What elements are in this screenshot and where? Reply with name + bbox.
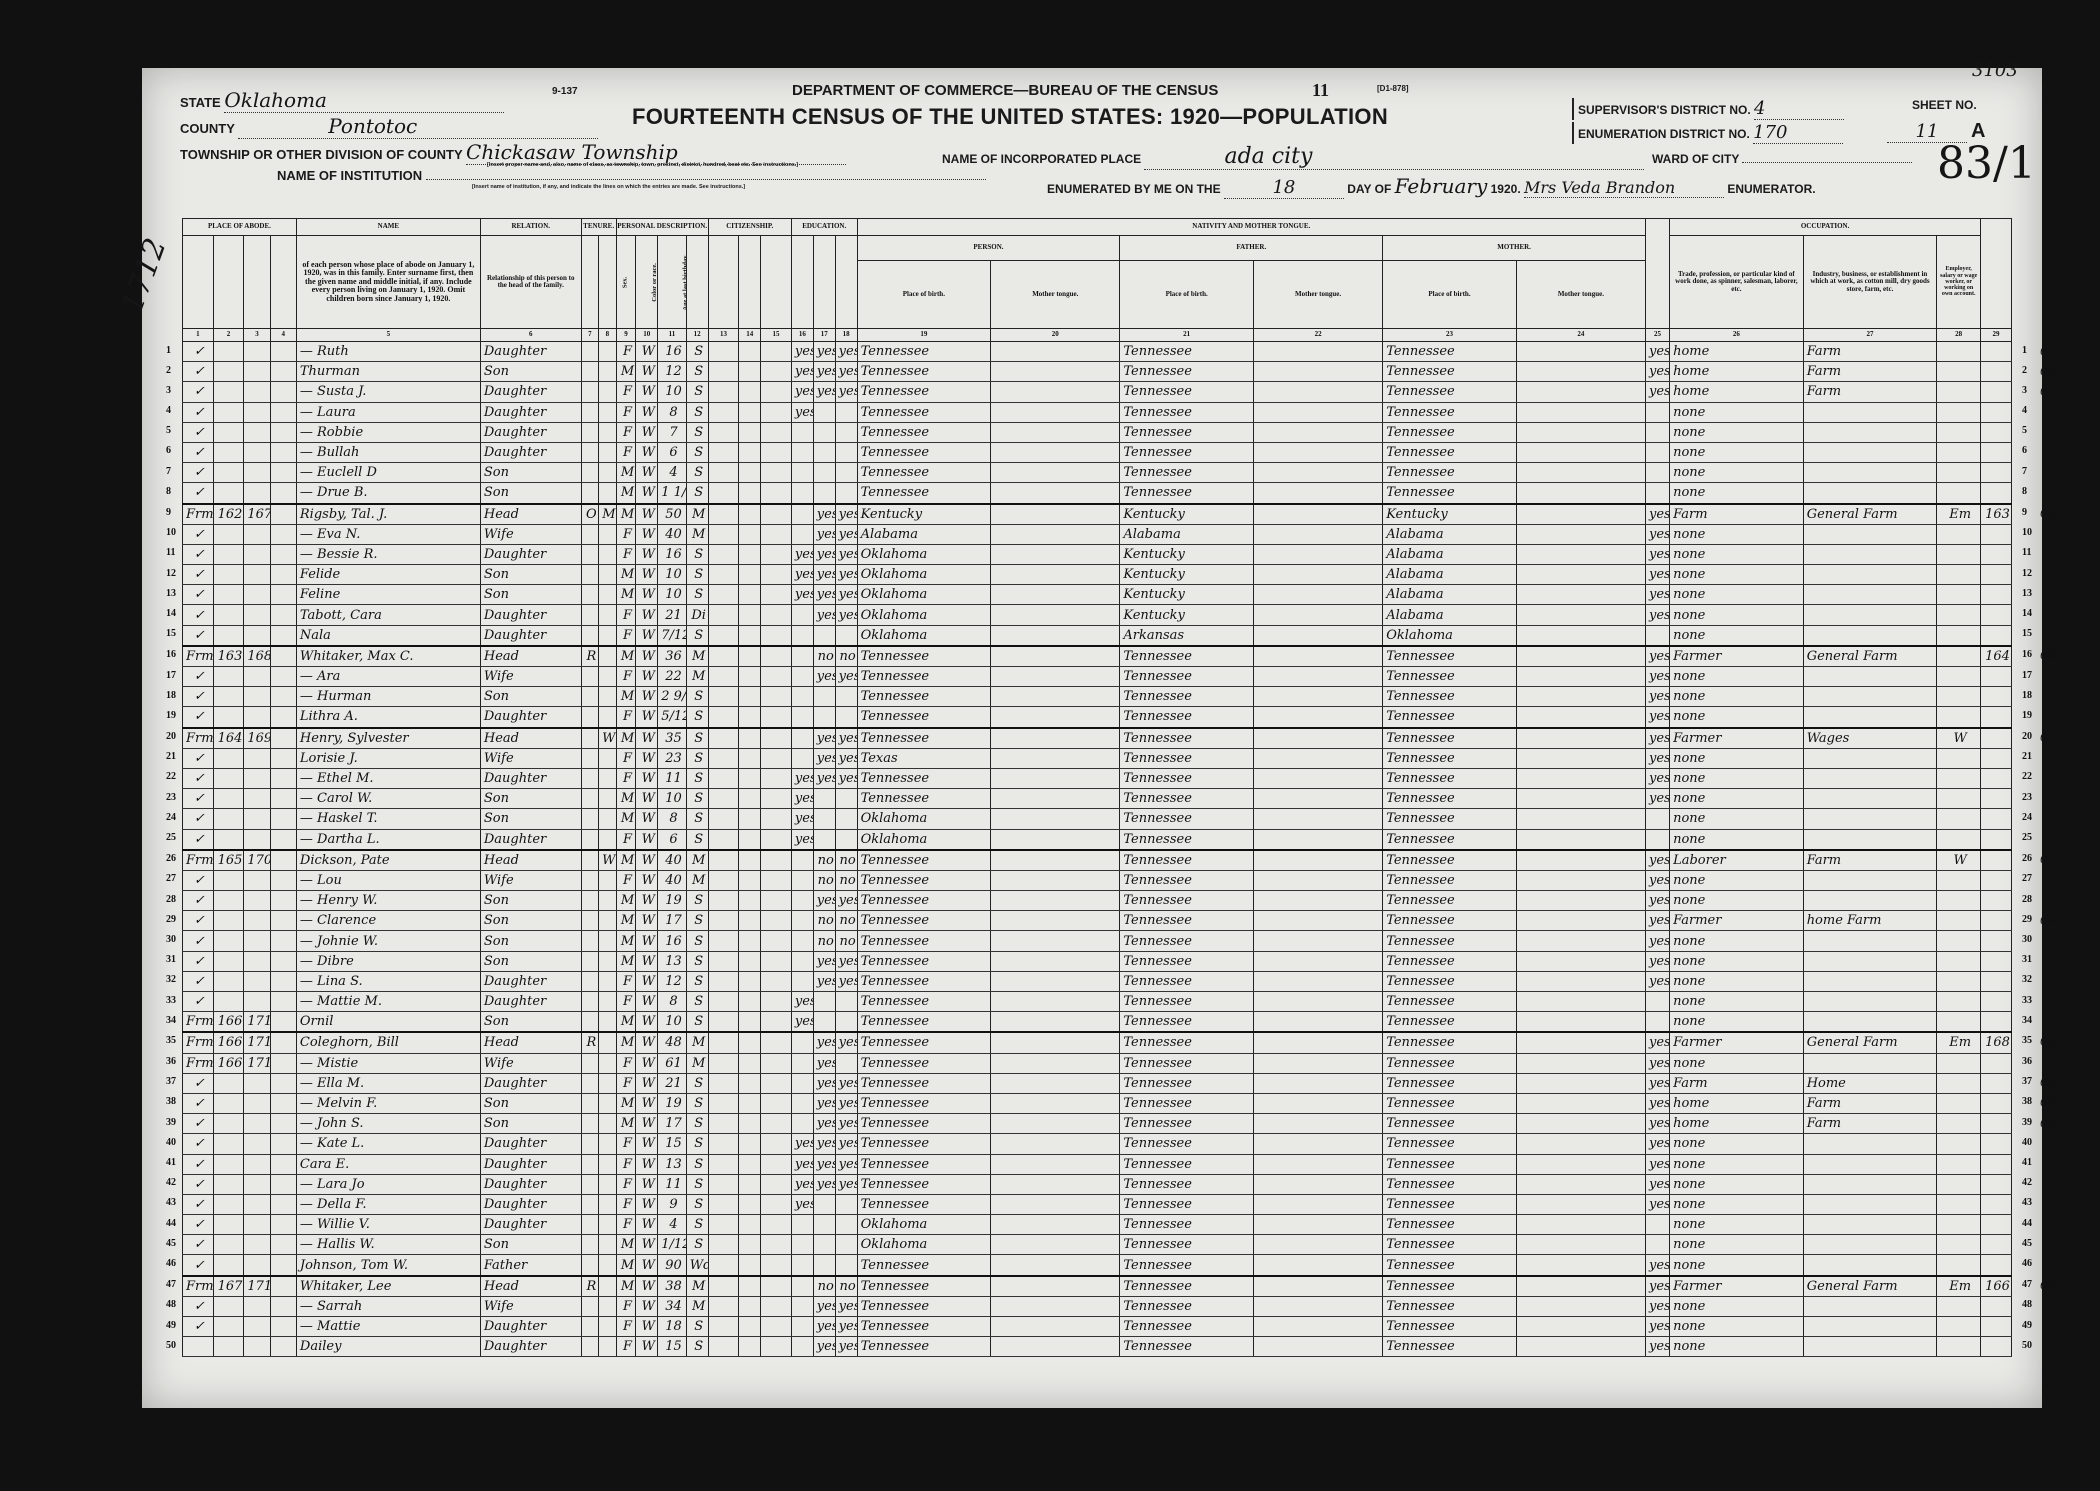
cell-owned [599,931,617,951]
line-number: 35 [2022,1035,2032,1046]
cell-trade: none [1670,544,1804,564]
cell-marital: S [686,402,708,422]
cell-school: yes [791,829,813,850]
cell-read: yes [813,951,835,971]
cell-pob: Oklahoma [857,1215,991,1235]
cell-relation: Daughter [480,768,581,788]
cell-english: yes [1646,565,1670,585]
cell-english: yes [1646,971,1670,991]
cell-house [213,1174,244,1194]
cell-race: W [636,728,658,749]
cell-mother-pob: Tennessee [1383,1194,1517,1214]
county-label: COUNTY [180,121,235,136]
cell-name: — Eva N. [296,524,480,544]
cell-employer [1937,1255,1981,1276]
cell-trade: none [1670,442,1804,462]
cell-owned [599,667,617,687]
cell-empty [1516,605,1645,625]
cell-school [791,911,813,931]
cell-empty [761,1032,792,1053]
cell-mother-pob: Tennessee [1383,728,1517,749]
cell-family [270,667,296,687]
cell-industry [1803,1255,1937,1276]
cell-trade: none [1670,687,1804,707]
cell-relation: Daughter [480,442,581,462]
cell-street: ✓ [183,1154,214,1174]
cell-empty [991,748,1120,768]
cell-house [213,1073,244,1093]
cell-father-pob: Tennessee [1120,1194,1254,1214]
cell-english: yes [1646,1317,1670,1337]
cell-school [791,1317,813,1337]
cell-industry: Farm [1803,1093,1937,1113]
cell-industry [1803,1215,1937,1235]
group-mother: MOTHER. [1383,236,1646,261]
cell-race: W [636,1255,658,1276]
cell-empty [1253,707,1382,728]
cell-marital: Wd [686,1255,708,1276]
cell-dwelling [244,951,270,971]
cell-family [270,1053,296,1073]
cell-industry [1803,870,1937,890]
cell-race: W [636,1174,658,1194]
cell-age: 10 [658,565,686,585]
cell-empty [739,748,761,768]
table-row: ✓— Euclell DSonMW4STennesseeTennesseeTen… [183,463,2012,483]
nativity-heading: NATIVITY AND MOTHER TONGUE. [858,223,1645,230]
column-number: 21 [1120,329,1254,342]
cell-farm-no [1981,585,2012,605]
cell-race: W [636,667,658,687]
cell-empty [991,911,1120,931]
cell-school: yes [791,992,813,1012]
cell-age: 34 [658,1296,686,1316]
line-number-left: 7 [166,466,171,477]
cell-industry: Farm [1803,850,1937,871]
cell-farm-no [1981,850,2012,871]
cell-empty [739,667,761,687]
cell-race: W [636,809,658,829]
cell-empty [1253,1235,1382,1255]
line-number-left: 21 [166,751,176,762]
cell-dwelling [244,667,270,687]
cell-trade: none [1670,402,1804,422]
cell-empty [991,850,1120,871]
table-row: ✓— BullahDaughterFW6STennesseeTennesseeT… [183,442,2012,462]
col-employer: Employer, salary or wage worker, or work… [1937,236,1981,329]
cell-marital: M [686,1053,708,1073]
cell-read [813,1215,835,1235]
col-read: Whether able to read. [813,236,835,329]
cell-english: yes [1646,382,1670,402]
cell-empty [761,1337,792,1357]
cell-employer [1937,402,1981,422]
cell-family [270,931,296,951]
cell-write: yes [835,362,857,382]
cell-family [270,1134,296,1154]
cell-home [581,829,599,850]
cell-relation: Daughter [480,1194,581,1214]
cell-family [270,707,296,728]
cell-race: W [636,1134,658,1154]
cell-industry [1803,565,1937,585]
cell-pob: Tennessee [857,1093,991,1113]
cell-industry [1803,809,1937,829]
cell-mother-pob: Tennessee [1383,951,1517,971]
cell-father-pob: Tennessee [1120,1093,1254,1113]
cell-empty [991,1337,1120,1357]
cell-farm-no [1981,605,2012,625]
cell-write: no [835,911,857,931]
cell-father-pob: Arkansas [1120,625,1254,646]
cell-empty [1516,483,1645,504]
cell-age: 38 [658,1276,686,1297]
cell-relation: Wife [480,1053,581,1073]
column-number: 6 [480,329,581,342]
cell-read [813,422,835,442]
cell-empty [739,1073,761,1093]
cell-read: yes [813,605,835,625]
cell-age: 16 [658,544,686,564]
cell-name: Lorisie J. [296,748,480,768]
cell-age: 10 [658,789,686,809]
cell-marital: M [686,870,708,890]
col-sex: Sex. [616,236,636,329]
cell-street: ✓ [183,605,214,625]
cell-employer [1937,1073,1981,1093]
table-row: ✓— LouWifeFW40MnonoTennesseeTennesseeTen… [183,870,2012,890]
cell-employer [1937,362,1981,382]
cell-empty [1516,1194,1645,1214]
line-number: 38 [2022,1096,2032,1107]
cell-english [1646,442,1670,462]
line-number: 15 [2022,628,2032,639]
cell-empty [761,342,792,362]
cell-write: yes [835,971,857,991]
line-number-left: 23 [166,792,176,803]
line-number: 11 [2022,547,2031,558]
cell-home [581,382,599,402]
cell-empty [1516,402,1645,422]
col-write: Whether able to write. [835,236,857,329]
cell-mother-pob: Tennessee [1383,1012,1517,1033]
cell-race: W [636,362,658,382]
cell-farm-no [1981,1215,2012,1235]
cell-marital: S [686,1215,708,1235]
line-number-left: 47 [166,1279,176,1290]
cell-trade: none [1670,992,1804,1012]
cell-street: ✓ [183,625,214,646]
cell-dwelling [244,992,270,1012]
cell-school [791,442,813,462]
cell-pob: Tennessee [857,789,991,809]
cell-owned [599,1012,617,1033]
cell-mother-pob: Alabama [1383,524,1517,544]
line-number: 28 [2022,894,2032,905]
cell-pob: Tennessee [857,646,991,667]
table-row: Frm164169Henry, SylvesterHeadWmMW35Syesy… [183,728,2012,749]
cell-mother-pob: Tennessee [1383,1337,1517,1357]
line-number-left: 27 [166,873,176,884]
cell-mother-pob: Tennessee [1383,707,1517,728]
cell-write: yes [835,1032,857,1053]
coding-mark: 000 [2040,914,2061,927]
cell-house [213,971,244,991]
line-number-left: 40 [166,1137,176,1148]
cell-home [581,728,599,749]
cell-empty [991,483,1120,504]
cell-sex: F [616,1296,636,1316]
cell-marital: S [686,1012,708,1033]
cell-empty [761,1053,792,1073]
cell-home [581,748,599,768]
cell-english: yes [1646,789,1670,809]
cell-employer: Em [1937,1032,1981,1053]
cell-empty [1253,1114,1382,1134]
cell-age: 40 [658,524,686,544]
cell-owned [599,585,617,605]
line-number-left: 17 [166,670,176,681]
cell-empty [1516,687,1645,707]
col-name-description: of each person whose place of abode on J… [296,236,480,329]
cell-age: 21 [658,605,686,625]
cell-street: ✓ [183,585,214,605]
cell-pob: Oklahoma [857,585,991,605]
cell-empty [761,524,792,544]
cell-read: yes [813,524,835,544]
cell-farm-no [1981,891,2012,911]
cell-street: ✓ [183,951,214,971]
cell-school [791,504,813,525]
cell-street: ✓ [183,911,214,931]
cell-trade: none [1670,971,1804,991]
cell-farm-no [1981,1154,2012,1174]
cell-father-pob: Tennessee [1120,992,1254,1012]
cell-home [581,362,599,382]
cell-empty [761,850,792,871]
cell-dwelling [244,809,270,829]
cell-father-pob: Tennessee [1120,1053,1254,1073]
table-row: ✓— Susta J.DaughterFW10SyesyesyesTenness… [183,382,2012,402]
cell-family [270,442,296,462]
cell-name: — Ella M. [296,1073,480,1093]
col-marital: Single, married, widowed, or divorced. [686,236,708,329]
cell-empty [739,442,761,462]
cell-write [835,809,857,829]
cell-empty [739,1276,761,1297]
cell-industry [1803,422,1937,442]
cell-relation: Father [480,1255,581,1276]
cell-house [213,442,244,462]
cell-owned [599,483,617,504]
cell-dwelling [244,1073,270,1093]
cell-age: 7/12 [658,625,686,646]
cell-farm-no [1981,1317,2012,1337]
col-dwelling-number: Number of dwelling house in order of vis… [244,236,270,329]
cell-family [270,1255,296,1276]
cell-dwelling [244,382,270,402]
cell-home [581,402,599,422]
cell-street: ✓ [183,524,214,544]
cell-empty [1253,931,1382,951]
cell-employer [1937,342,1981,362]
cell-empty [1253,463,1382,483]
cell-empty [1253,870,1382,890]
cell-marital: S [686,382,708,402]
cell-english: yes [1646,1337,1670,1357]
cell-industry [1803,789,1937,809]
cell-english: yes [1646,646,1670,667]
line-number: 26 [2022,853,2032,864]
cell-pob: Tennessee [857,1276,991,1297]
cell-write: no [835,931,857,951]
cell-marital: M [686,524,708,544]
cell-house [213,789,244,809]
table-row: Frm163168Whitaker, Max C.HeadRMW36MnonoT… [183,646,2012,667]
cell-write: yes [835,382,857,402]
cell-read: yes [813,1032,835,1053]
table-row: ✓— Eva N.WifeFW40MyesyesAlabamaAlabamaAl… [183,524,2012,544]
cell-empty [739,625,761,646]
cell-race: W [636,422,658,442]
cell-race: W [636,1114,658,1134]
cell-street [183,1337,214,1357]
cell-street: ✓ [183,789,214,809]
cell-dwelling [244,402,270,422]
cell-empty [991,870,1120,890]
cell-industry: Farm [1803,1114,1937,1134]
cell-farm-no [1981,911,2012,931]
cell-english [1646,402,1670,422]
cell-home [581,1093,599,1113]
cell-english [1646,625,1670,646]
cell-empty [739,1114,761,1134]
cell-age: 23 [658,748,686,768]
cell-dwelling [244,483,270,504]
cell-empty [761,1255,792,1276]
cell-empty [1516,1296,1645,1316]
cell-pob: Tennessee [857,1255,991,1276]
cell-empty [1253,1255,1382,1276]
cell-owned [599,789,617,809]
table-row: Frm166171Coleghorn, BillHeadRMW48Myesyes… [183,1032,2012,1053]
cell-trade: none [1670,829,1804,850]
cell-english: yes [1646,667,1670,687]
state-value: Oklahoma [224,88,504,113]
cell-father-pob: Tennessee [1120,463,1254,483]
cell-employer [1937,931,1981,951]
cell-empty [739,1255,761,1276]
cell-owned: M [599,504,617,525]
cell-read [813,442,835,462]
cell-empty [991,809,1120,829]
cell-street: ✓ [183,342,214,362]
cell-employer: W [1937,728,1981,749]
cell-empty [708,1134,739,1154]
cell-name: Coleghorn, Bill [296,1032,480,1053]
cell-house: 166 [213,1053,244,1073]
cell-sex: M [616,1093,636,1113]
cell-marital: S [686,707,708,728]
cell-english: yes [1646,524,1670,544]
cell-house [213,463,244,483]
cell-age: 13 [658,951,686,971]
cell-house [213,687,244,707]
cell-trade: Farmer [1670,646,1804,667]
cell-sex: M [616,1114,636,1134]
cell-owned [599,1215,617,1235]
cell-empty [708,585,739,605]
cell-empty [1516,850,1645,871]
cell-english: yes [1646,687,1670,707]
cell-empty [991,1194,1120,1214]
cell-house [213,1134,244,1154]
cell-empty [991,789,1120,809]
cell-empty [708,422,739,442]
cell-street: ✓ [183,442,214,462]
cell-relation: Daughter [480,971,581,991]
cell-name: — Johnie W. [296,931,480,951]
cell-home [581,442,599,462]
cell-race: W [636,707,658,728]
cell-industry [1803,931,1937,951]
cell-dwelling: 171 [244,1012,270,1033]
cell-age: 22 [658,667,686,687]
cell-mother-pob: Tennessee [1383,667,1517,687]
cell-school [791,625,813,646]
cell-mother-pob: Alabama [1383,544,1517,564]
cell-name: — Carol W. [296,789,480,809]
cell-sex: M [616,1276,636,1297]
cell-empty [991,1235,1120,1255]
cell-empty [761,789,792,809]
cell-pob: Alabama [857,524,991,544]
cell-street: ✓ [183,707,214,728]
cell-home [581,1012,599,1033]
cell-street: ✓ [183,422,214,442]
cell-industry [1803,524,1937,544]
cell-pob: Tennessee [857,850,991,871]
cell-family [270,463,296,483]
cell-empty [1516,1215,1645,1235]
cell-empty [739,992,761,1012]
cell-empty [991,1134,1120,1154]
line-number: 42 [2022,1177,2032,1188]
group-father: FATHER. [1120,236,1383,261]
cell-house [213,402,244,422]
cell-farm-no [1981,829,2012,850]
cell-sex: M [616,504,636,525]
line-number-left: 42 [166,1177,176,1188]
cell-mother-pob: Tennessee [1383,1053,1517,1073]
cell-empty [708,707,739,728]
cell-empty [1253,605,1382,625]
cell-father-pob: Tennessee [1120,728,1254,749]
cell-school [791,667,813,687]
cell-employer [1937,382,1981,402]
cell-read [813,687,835,707]
line-number: 50 [2022,1340,2032,1351]
cell-empty [761,442,792,462]
cell-age: 40 [658,870,686,890]
cell-mother-pob: Tennessee [1383,809,1517,829]
cell-school [791,971,813,991]
cell-pob: Tennessee [857,1154,991,1174]
cell-race: W [636,1194,658,1214]
cell-name: Thurman [296,362,480,382]
cell-empty [1516,1255,1645,1276]
cell-street: Frm [183,1012,214,1033]
